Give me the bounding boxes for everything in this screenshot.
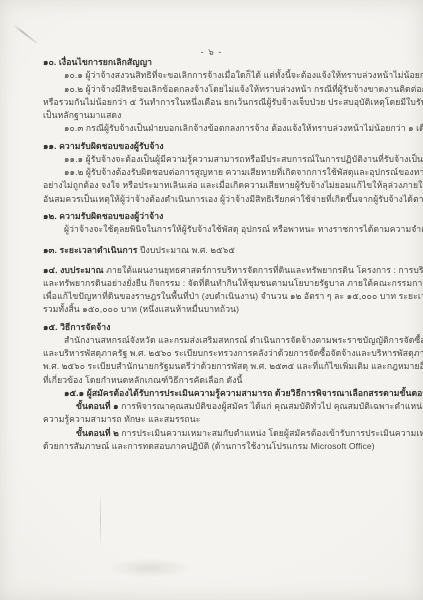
step-2-cont: ด้วยการสัมภาษณ์ และการทดสอบภาคปฏิบัติ (ด…	[43, 440, 421, 453]
paper-crease-mark	[100, 492, 101, 548]
section-15-body-cont: และบริหารพัสดุภาครัฐ พ.ศ. ๒๕๖๐ ระเบียบกร…	[43, 347, 421, 360]
section-14-heading: ๑๔. งบประมาณ ภายใต้แผนงานยุทธศาสตร์การบร…	[43, 264, 421, 277]
step-2: ขั้นตอนที่ ๒ การประเมินความเหมาะสมกับตำแ…	[43, 427, 421, 440]
section-12-body: ผู้ว่าจ้างจะใช้ดุลยพินิจในการให้ผู้รับจ้…	[43, 223, 421, 236]
step-1-cont: ความรู้ความสามารถ ทักษะ และสมรรถนะ	[43, 413, 421, 426]
clause-10-2-cont: หรือรวมกันไม่น้อยกว่า ๕ วันทำการในหนึ่งเ…	[43, 96, 421, 109]
step-1: ขั้นตอนที่ ๑ การพิจารณาคุณสมบัติของผู้สม…	[43, 400, 421, 413]
pencil-scan-mark	[13, 24, 38, 44]
section-15-heading: ๑๕. วิธีการจัดจ้าง	[43, 321, 421, 334]
section-11-heading: ๑๑. ความรับผิดชอบของผู้รับจ้าง	[43, 140, 421, 153]
clause-11-1: ๑๑.๑ ผู้รับจ้างจะต้องเป็นผู้มีความรู้ควา…	[43, 153, 421, 166]
section-14-body-total: รวมทั้งสิ้น ๑๕๐,๐๐๐ บาท (หนึ่งแสนห้าหมื่…	[43, 303, 421, 316]
section-10-heading: ๑๐. เงื่อนไขการยกเลิกสัญญา	[43, 56, 421, 69]
clause-15-1: ๑๕.๑ ผู้สมัครต้องได้รับการประเมินความรู้…	[43, 387, 421, 400]
clause-11-2-cont2: อันสมควรเป็นเหตุให้ผู้ว่าจ้างต้องดำเนินก…	[43, 193, 421, 206]
section-15-body-cont3: ที่เกี่ยวข้อง โดยกำหนดหลักเกณฑ์วิธีการคั…	[43, 374, 421, 387]
document-body: ๑๐. เงื่อนไขการยกเลิกสัญญา ๑๐.๑ ผู้ว่าจ้…	[43, 56, 421, 453]
section-13-heading: ๑๓. ระยะเวลาดำเนินการ ปีงบประมาณ พ.ศ. ๒๕…	[43, 244, 421, 257]
section-15-body: สำนักงานสหกรณ์จังหวัด และกรมส่งเสริมสหกร…	[43, 334, 421, 347]
clause-11-2-cont: อย่างไม่ถูกต้อง จงใจ หรือประมาทเลินเล่อ …	[43, 179, 421, 192]
section-15-body-cont2: พ.ศ. ๒๕๖๐ ระเบียบสำนักนายกรัฐมนตรีว่าด้ว…	[43, 360, 421, 373]
clause-10-2: ๑๐.๒ ผู้ว่าจ้างมีสิทธิขอเลิกข้อตกลงจ้างโ…	[43, 83, 421, 96]
clause-10-2-cont2: เป็นหลักฐานมาแสดง	[43, 109, 421, 122]
document-page: - ๖ - ๑๐. เงื่อนไขการยกเลิกสัญญา ๑๐.๑ ผู…	[0, 0, 423, 600]
clause-10-1: ๑๐.๑ ผู้ว่าจ้างสงวนสิทธิที่จะขอเลิกการจ้…	[43, 69, 421, 82]
section-14-body-cont: และทรัพยากรดินอย่างยั่งยืน กิจกรรม : จัด…	[43, 277, 421, 290]
clause-11-2: ๑๑.๒ ผู้รับจ้างต้องรับผิดชอบต่อการสูญหาย…	[43, 166, 421, 179]
section-12-heading: ๑๒. ความรับผิดชอบของผู้ว่าจ้าง	[43, 210, 421, 223]
section-14-body-cont2: เพื่อแก้ไขปัญหาที่ดินของราษฎรในพื้นที่ป่…	[43, 290, 421, 303]
clause-10-3: ๑๐.๓ กรณีผู้รับจ้างเป็นฝ่ายบอกเลิกจ้างข้…	[43, 122, 421, 135]
